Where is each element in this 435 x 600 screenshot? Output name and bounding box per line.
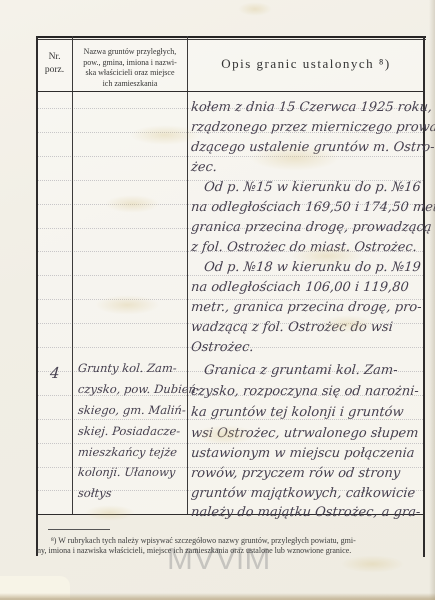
column-header-nr: Nr. porz. (37, 51, 72, 77)
table-top-border (36, 36, 426, 40)
description-line: na odległościach 106,00 i 119,80 (190, 280, 409, 295)
paper-stain (340, 555, 405, 573)
footnote-line2: ny, imiona i nazwiska właścicieli, miejs… (37, 546, 425, 556)
paper-stain (238, 2, 272, 16)
footnote: ⁸) W rubrykach tych należy wpisywać szcz… (37, 536, 425, 556)
description-line: wadzącą z fol. Ostrożec do wsi (190, 320, 393, 335)
description-line: żec. (190, 160, 217, 175)
description-line: kołem z dnia 15 Czerwca 1925 roku, spo- (190, 100, 435, 115)
description-line: metr., granica przecina drogę, pro- (190, 300, 422, 315)
description-line: ustawionym w miejscu połączenia (190, 446, 415, 461)
footnote-line1: ⁸) W rubrykach tych należy wpisywać szcz… (37, 536, 425, 546)
name-line: skiego, gm. Maliń- (77, 403, 186, 417)
header-name-line2: pow., gmina, imiona i nazwi- (74, 58, 186, 69)
description-line: gruntów majątkowych, całkowicie (190, 486, 415, 501)
name-line: Grunty kol. Zam- (77, 361, 177, 375)
description-line: wsi Ostrożec, utrwalonego słupem (190, 426, 419, 441)
description-line: z fol. Ostrożec do miast. Ostrożec. (190, 240, 417, 255)
ruled-line (38, 443, 423, 444)
description-line: rowów, przyczem rów od strony (190, 466, 400, 481)
header-nr-line1: Nr. (37, 51, 72, 64)
table-left-border (36, 36, 38, 556)
name-line: mieszkańcy tejże (77, 445, 177, 459)
name-line: czysko, pow. Dubień- (77, 382, 200, 396)
description-line: należy do majątku Ostrożec, a gra- (190, 505, 421, 520)
ruled-line (38, 156, 423, 157)
ruled-line (38, 275, 423, 276)
column-divider-name (187, 36, 188, 515)
description-line: ka gruntów tej kolonji i gruntów (190, 405, 404, 420)
column-header-name: Nazwa gruntów przyległych, pow., gmina, … (74, 47, 186, 89)
footnote-separator (48, 529, 110, 530)
description-line: Ostrożec. (190, 340, 254, 355)
header-name-line4: ich zamieszkania (74, 79, 186, 90)
description-line: na odległościach 169,50 i 174,50 metr. (190, 200, 435, 215)
column-header-description: Opis granic ustalonych ⁸) (188, 56, 424, 72)
name-line: sołtys (77, 486, 112, 500)
row-number: 4 (49, 364, 60, 382)
description-line: granica przecina drogę, prowadzącą (190, 220, 432, 235)
header-separator (36, 91, 425, 92)
header-nr-line2: porz. (37, 64, 72, 77)
scanned-document-page: Nr. porz. Nazwa gruntów przyległych, pow… (0, 0, 435, 600)
description-line: Od p. №18 w kierunku do p. №19 (190, 260, 421, 275)
name-line: kolonji. Ułanowy (77, 465, 176, 479)
description-line: rządzonego przez mierniczego prowa- (190, 120, 435, 135)
description-line: Od p. №15 w kierunku do p. №16 (190, 180, 421, 195)
description-line: Granica z gruntami kol. Zam- (190, 363, 398, 378)
scan-edge-bottom (0, 593, 435, 600)
name-line: skiej. Posiadacze- (77, 424, 181, 438)
description-line: czysko, rozpoczyna się od narożni- (190, 384, 419, 399)
header-name-line3: ska właścicieli oraz miejsce (74, 68, 186, 79)
description-line: dzącego ustalenie gruntów m. Ostro- (190, 140, 435, 155)
column-divider-nr (72, 36, 73, 515)
header-name-line1: Nazwa gruntów przyległych, (74, 47, 186, 58)
scan-edge-right (429, 0, 435, 600)
